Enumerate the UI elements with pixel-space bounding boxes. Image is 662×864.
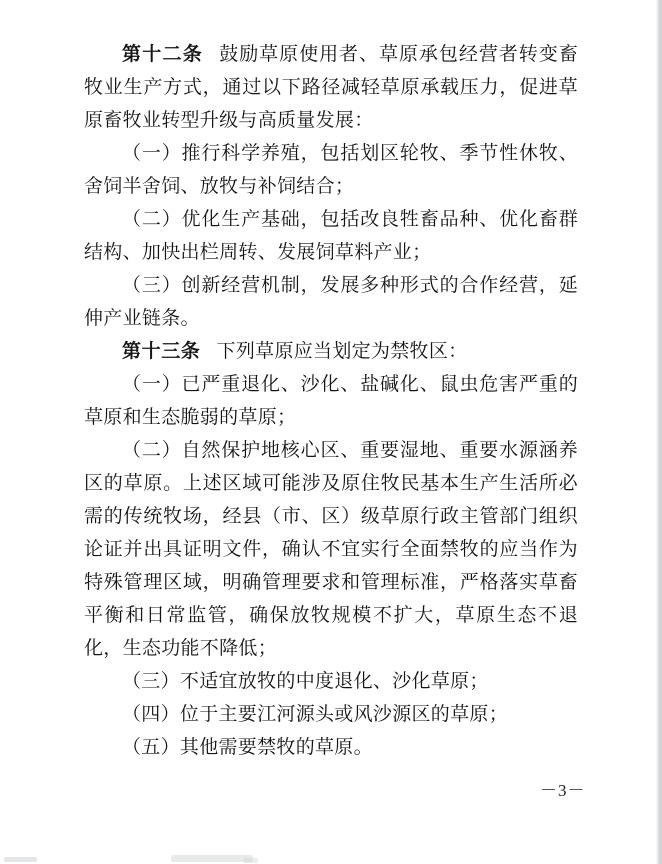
item-paragraph: （一）已严重退化、沙化、盐碱化、鼠虫危害严重的草原和生态脆弱的草原； (84, 368, 578, 434)
article-paragraph: 第十二条鼓励草原使用者、草原承包经营者转变畜牧业生产方式，通过以下路径减轻草原承… (84, 38, 578, 137)
article-number: 第十三条 (122, 341, 200, 362)
document-body: 第十二条鼓励草原使用者、草原承包经营者转变畜牧业生产方式，通过以下路径减轻草原承… (84, 38, 578, 764)
scan-artifact (171, 855, 253, 862)
item-paragraph: （二）优化生产基础，包括改良牲畜品种、优化畜群结构、加快出栏周转、发展饲草料产业… (84, 203, 578, 269)
page-number: －3－ (540, 776, 600, 801)
item-paragraph: （一）推行科学养殖，包括划区轮牧、季节性休牧、舍饲半舍饲、放牧与补饲结合； (84, 137, 578, 203)
item-paragraph: （三）创新经营机制，发展多种形式的合作经营，延伸产业链条。 (84, 269, 578, 335)
scan-edge-line (656, 0, 662, 864)
article-number: 第十二条 (122, 44, 203, 65)
item-paragraph: （三）不适宜放牧的中度退化、沙化草原； (84, 665, 578, 698)
article-paragraph: 第十三条下列草原应当划定为禁牧区： (84, 335, 578, 368)
item-paragraph: （二）自然保护地核心区、重要湿地、重要水源涵养区的草原。上述区域可能涉及原住牧民… (84, 434, 578, 665)
item-paragraph: （五）其他需要禁牧的草原。 (84, 731, 578, 764)
scan-artifact (4, 857, 37, 862)
item-paragraph: （四）位于主要江河源头或风沙源区的草原； (84, 698, 578, 731)
scan-artifact (243, 858, 258, 863)
scanned-document-page: 第十二条鼓励草原使用者、草原承包经营者转变畜牧业生产方式，通过以下路径减轻草原承… (0, 0, 662, 864)
